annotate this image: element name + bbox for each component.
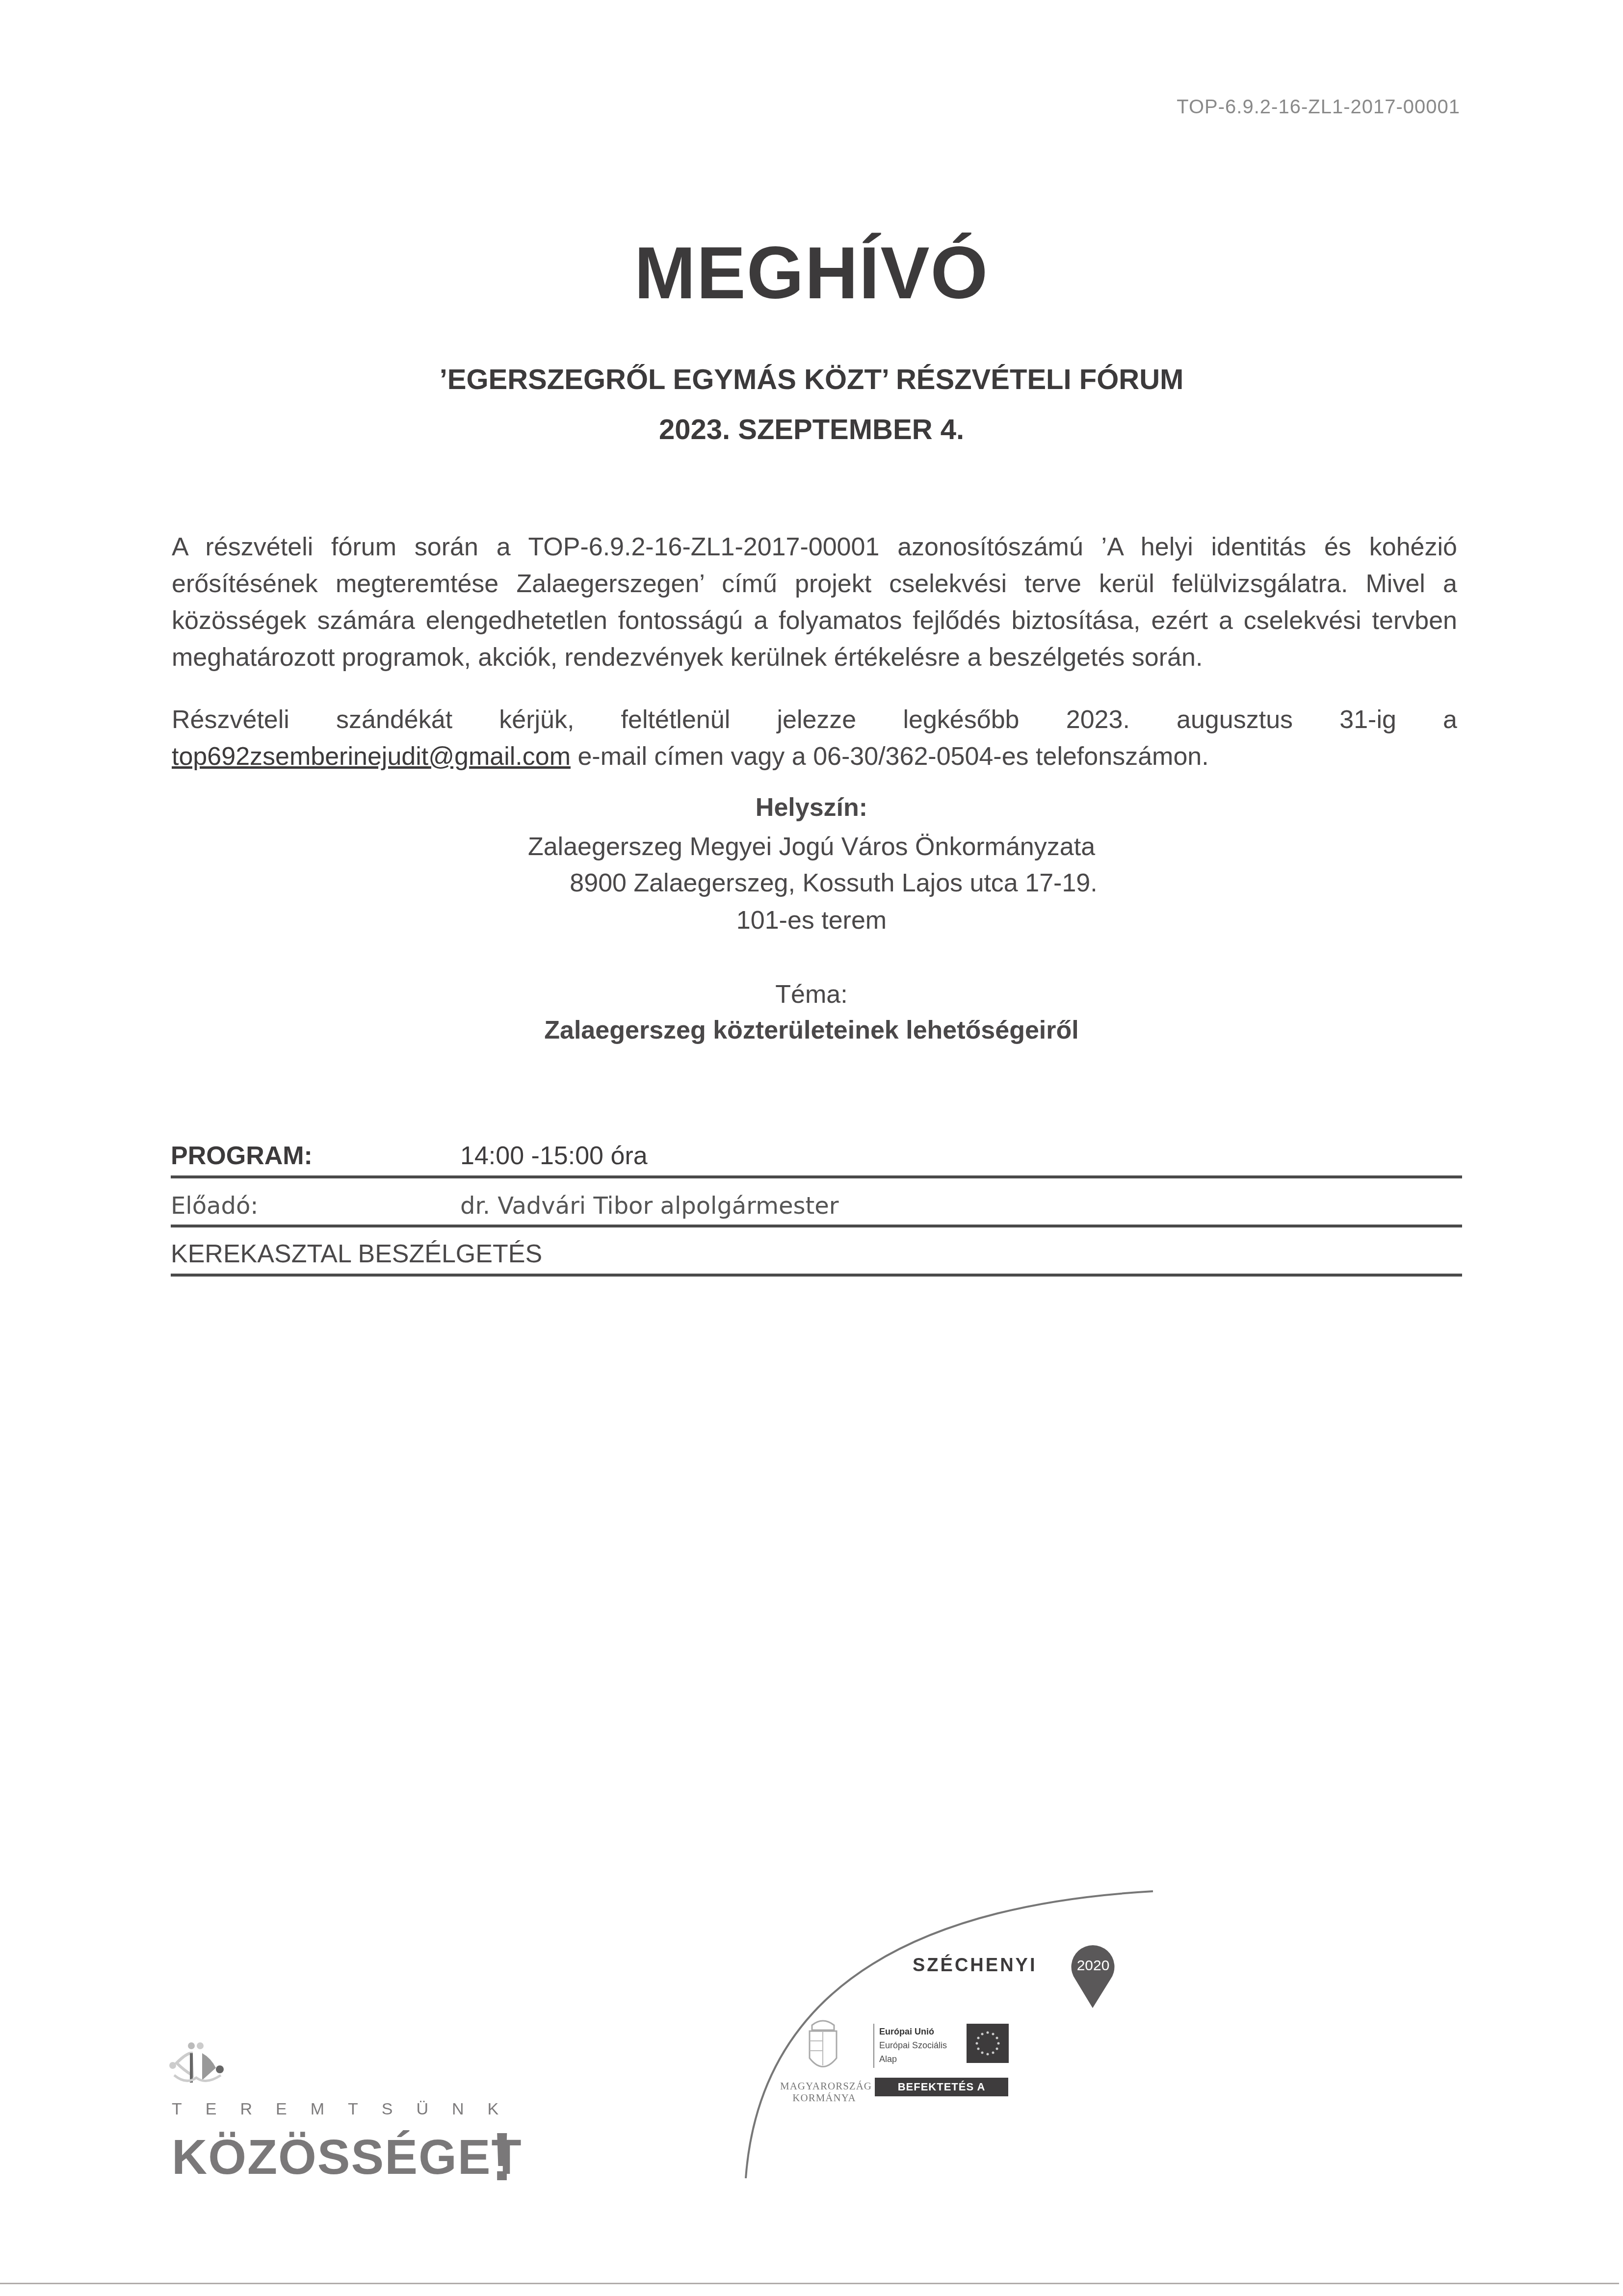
location-room: 101-es terem: [0, 906, 1623, 935]
logo-line-teremtsunk: TEREMTSÜNK: [172, 2100, 522, 2119]
location-organization: Zalaegerszeg Megyei Jogú Város Önkormány…: [0, 832, 1623, 861]
program-row: PROGRAM: 14:00 -15:00 óra: [171, 1128, 1462, 1178]
logo-exclamation: !: [491, 2117, 514, 2196]
rsvp-paragraph: Részvételi szándékát kérjük, feltétlenül…: [172, 702, 1457, 775]
program-time: 14:00 -15:00 óra: [460, 1141, 648, 1171]
eu-line-2: Európai Szociális: [879, 2038, 947, 2052]
location-label: Helyszín:: [0, 793, 1623, 822]
logo-line-kozosseget: KÖZÖSSÉGET: [172, 2129, 523, 2186]
speaker-label: Előadó:: [171, 1192, 258, 1220]
topic-value: Zalaegerszeg közterületeinek lehetőségei…: [0, 1016, 1623, 1045]
people-figures-icon: [167, 2041, 226, 2095]
program-label: PROGRAM:: [171, 1141, 313, 1171]
eu-line-3: Alap: [879, 2052, 947, 2066]
eu-divider: [873, 2024, 874, 2068]
email-link[interactable]: top692zsemberinejudit@gmail.com: [172, 742, 571, 771]
decorative-arc: [736, 1874, 1178, 2178]
location-pin-icon: [1070, 1943, 1116, 2009]
eu-fund-text: Európai Unió Európai Szociális Alap: [879, 2025, 947, 2066]
rsvp-text-before: Részvételi szándékát kérjük, feltétlenül…: [172, 705, 1457, 734]
eu-flag-icon: [967, 2024, 1009, 2063]
szechenyi-year: 2020: [1072, 1957, 1115, 1974]
event-date: 2023. SZEPTEMBER 4.: [0, 413, 1623, 446]
topic-label: Téma:: [0, 980, 1623, 1009]
speaker-name: dr. Vadvári Tibor alpolgármester: [460, 1192, 839, 1220]
event-name: ’EGERSZEGRŐL EGYMÁS KÖZT’ RÉSZVÉTELI FÓR…: [0, 363, 1623, 396]
program-row: Előadó: dr. Vadvári Tibor alpolgármester: [171, 1177, 1462, 1227]
page-edge-line: [0, 2283, 1619, 2284]
page-title: MEGHÍVÓ: [0, 231, 1623, 315]
szechenyi-logo-text: SZÉCHENYI: [913, 1955, 1037, 1976]
slogan-banner: BEFEKTETÉS A JÖVŐBE: [875, 2078, 1008, 2096]
hungarian-coat-of-arms-icon: [805, 2016, 841, 2075]
reference-code: TOP-6.9.2-16-ZL1-2017-00001: [1177, 96, 1460, 118]
government-logo-text: MAGYARORSZÁG KORMÁNYA: [780, 2080, 868, 2104]
rsvp-text-after: e-mail címen vagy a 06-30/362-0504-es te…: [571, 742, 1209, 771]
roundtable-label: KEREKASZTAL BESZÉLGETÉS: [171, 1239, 542, 1269]
eu-line-1: Európai Unió: [879, 2025, 947, 2038]
intro-paragraph: A részvételi fórum során a TOP-6.9.2-16-…: [172, 529, 1457, 676]
teremtsunk-kozosseget-logo: TEREMTSÜNK KÖZÖSSÉGET !: [167, 2041, 550, 2188]
location-address: 8900 Zalaegerszeg, Kossuth Lajos utca 17…: [0, 868, 1623, 898]
program-row: KEREKASZTAL BESZÉLGETÉS: [171, 1226, 1462, 1277]
